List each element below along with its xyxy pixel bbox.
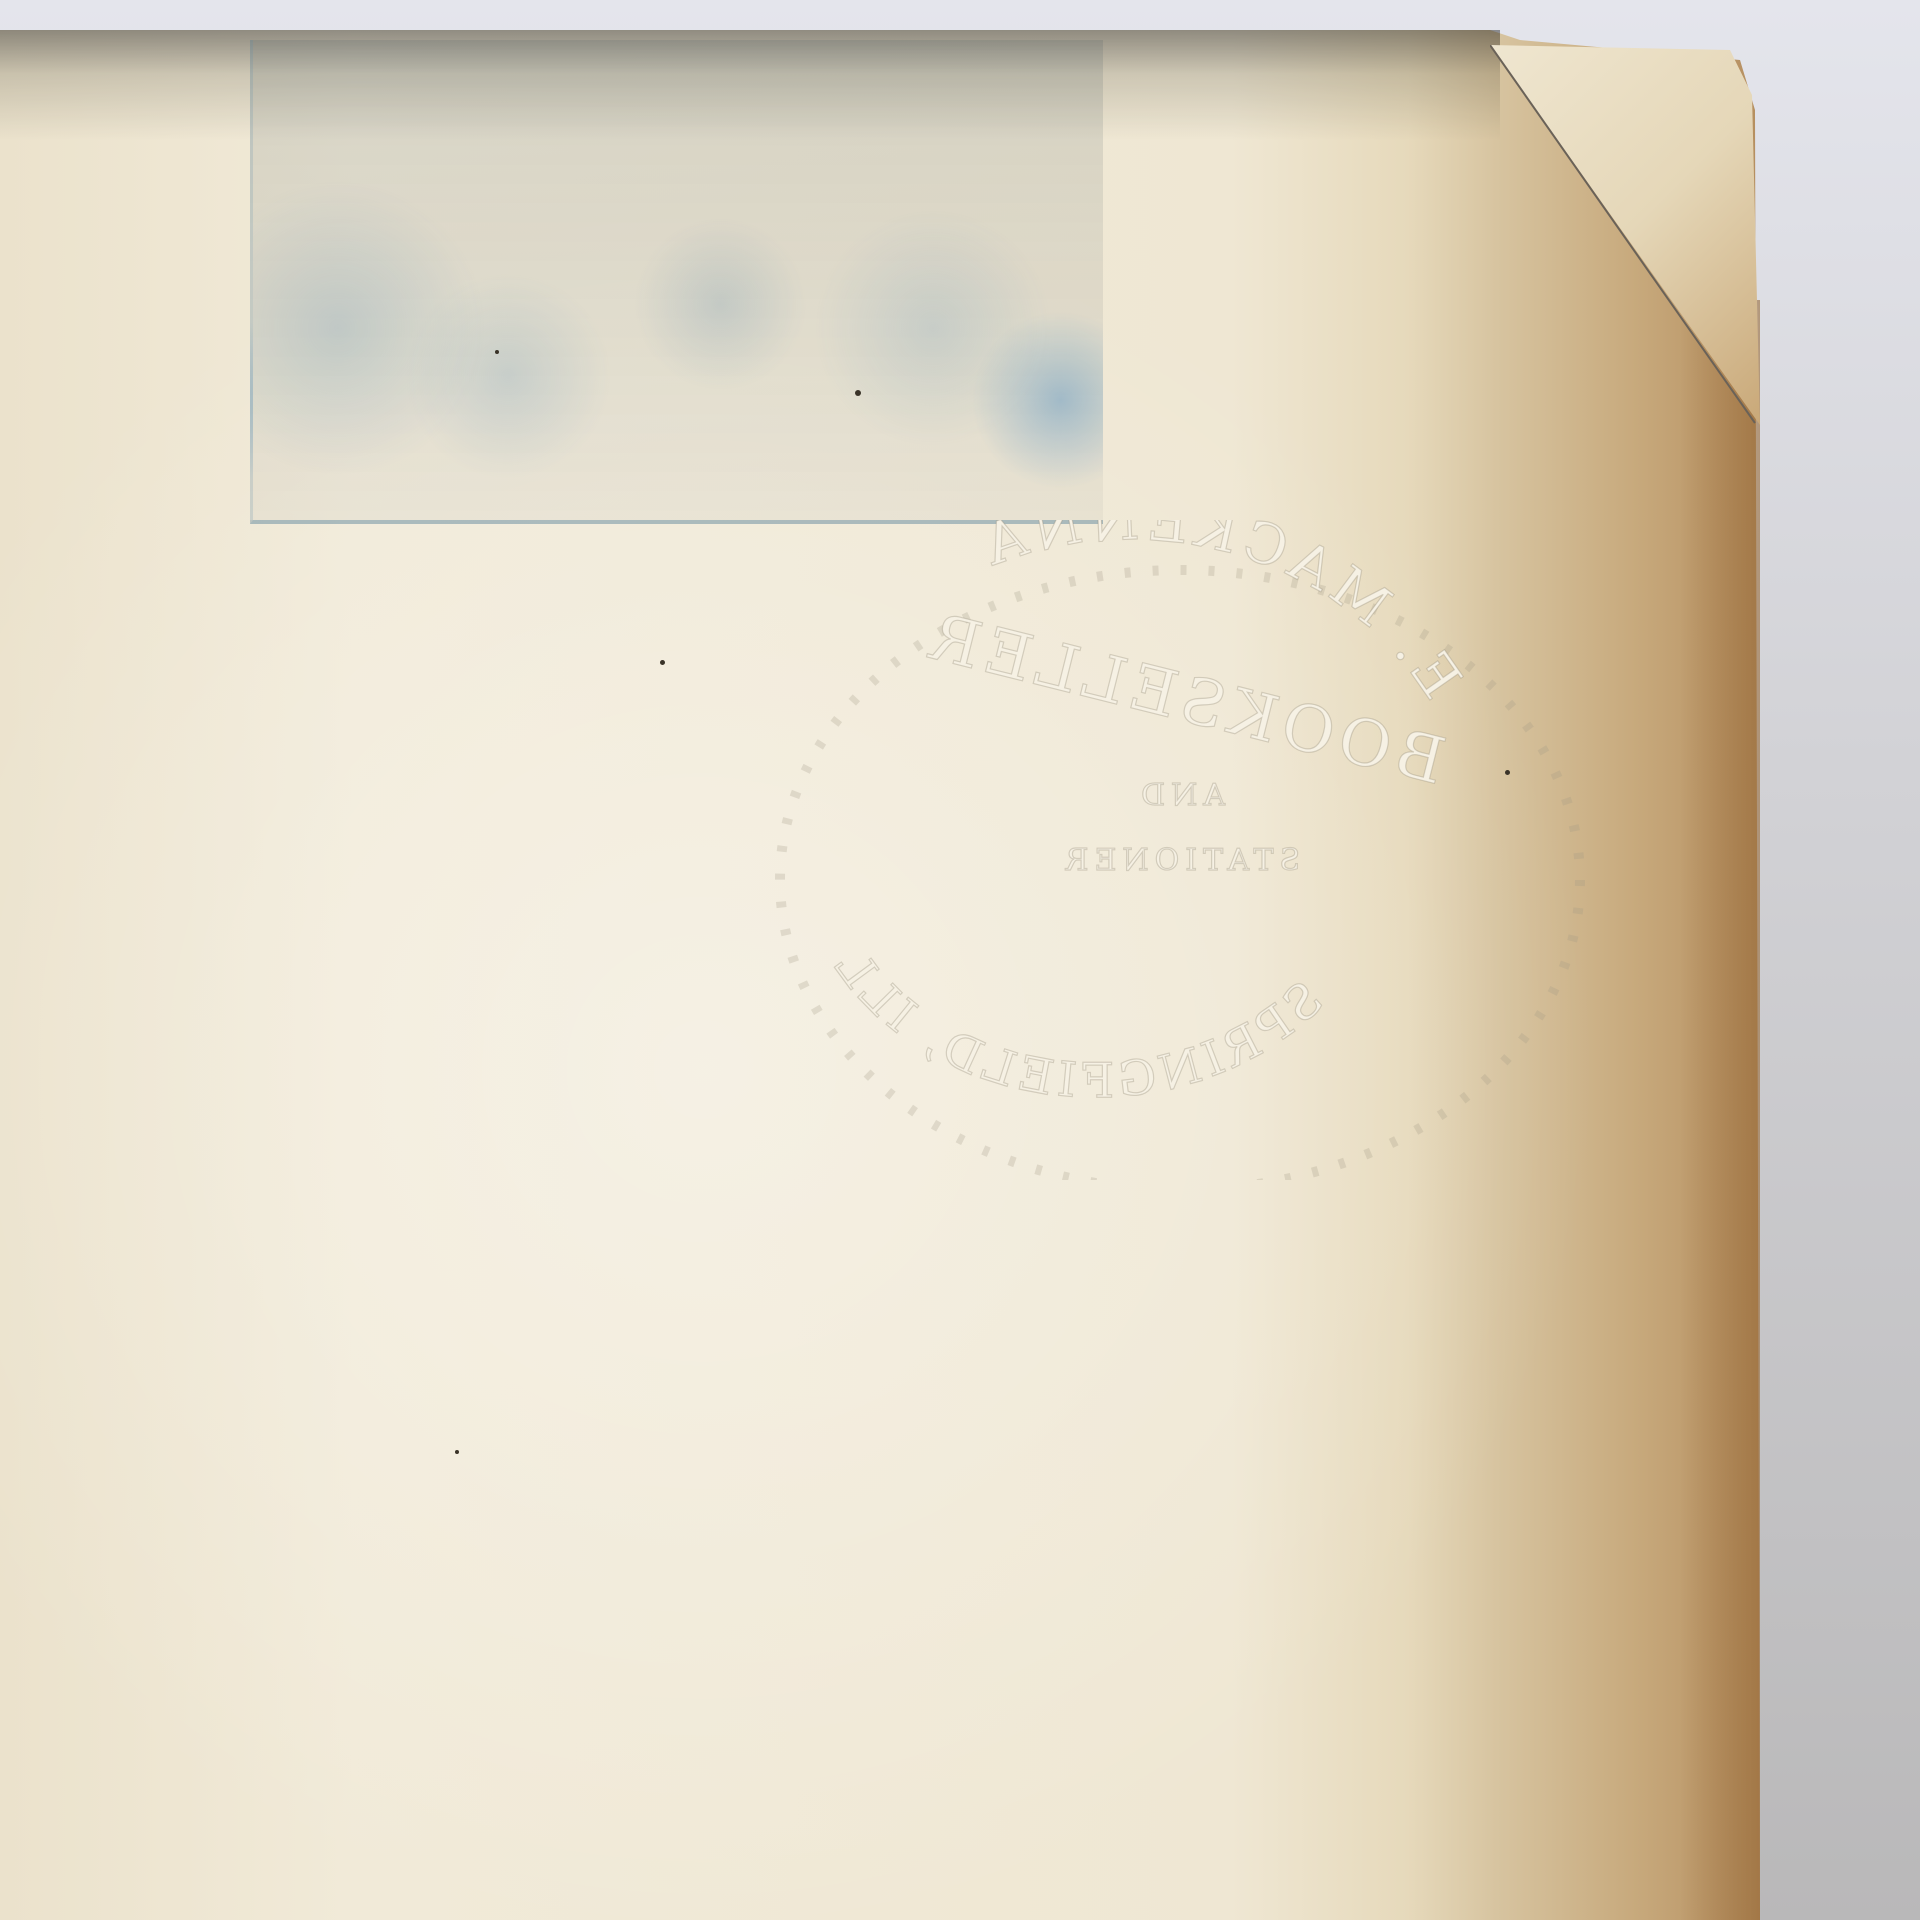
foxing-speck — [495, 350, 499, 354]
foxing-speck — [1505, 770, 1510, 775]
foxing-speck — [455, 1450, 459, 1454]
stamp-line-stationer: STATIONER — [1060, 843, 1300, 878]
browned-right-edge — [1680, 300, 1760, 1920]
blue-ink-offset — [250, 40, 1103, 524]
stamp-svg: E. MACKENNA BOOKSELLER AND STATIONER SPR… — [710, 520, 1590, 1180]
embossed-bookseller-stamp: E. MACKENNA BOOKSELLER AND STATIONER SPR… — [710, 520, 1590, 1180]
foxing-speck — [855, 390, 861, 396]
stamp-line-and: AND — [1135, 778, 1226, 813]
foxing-speck — [660, 660, 665, 665]
